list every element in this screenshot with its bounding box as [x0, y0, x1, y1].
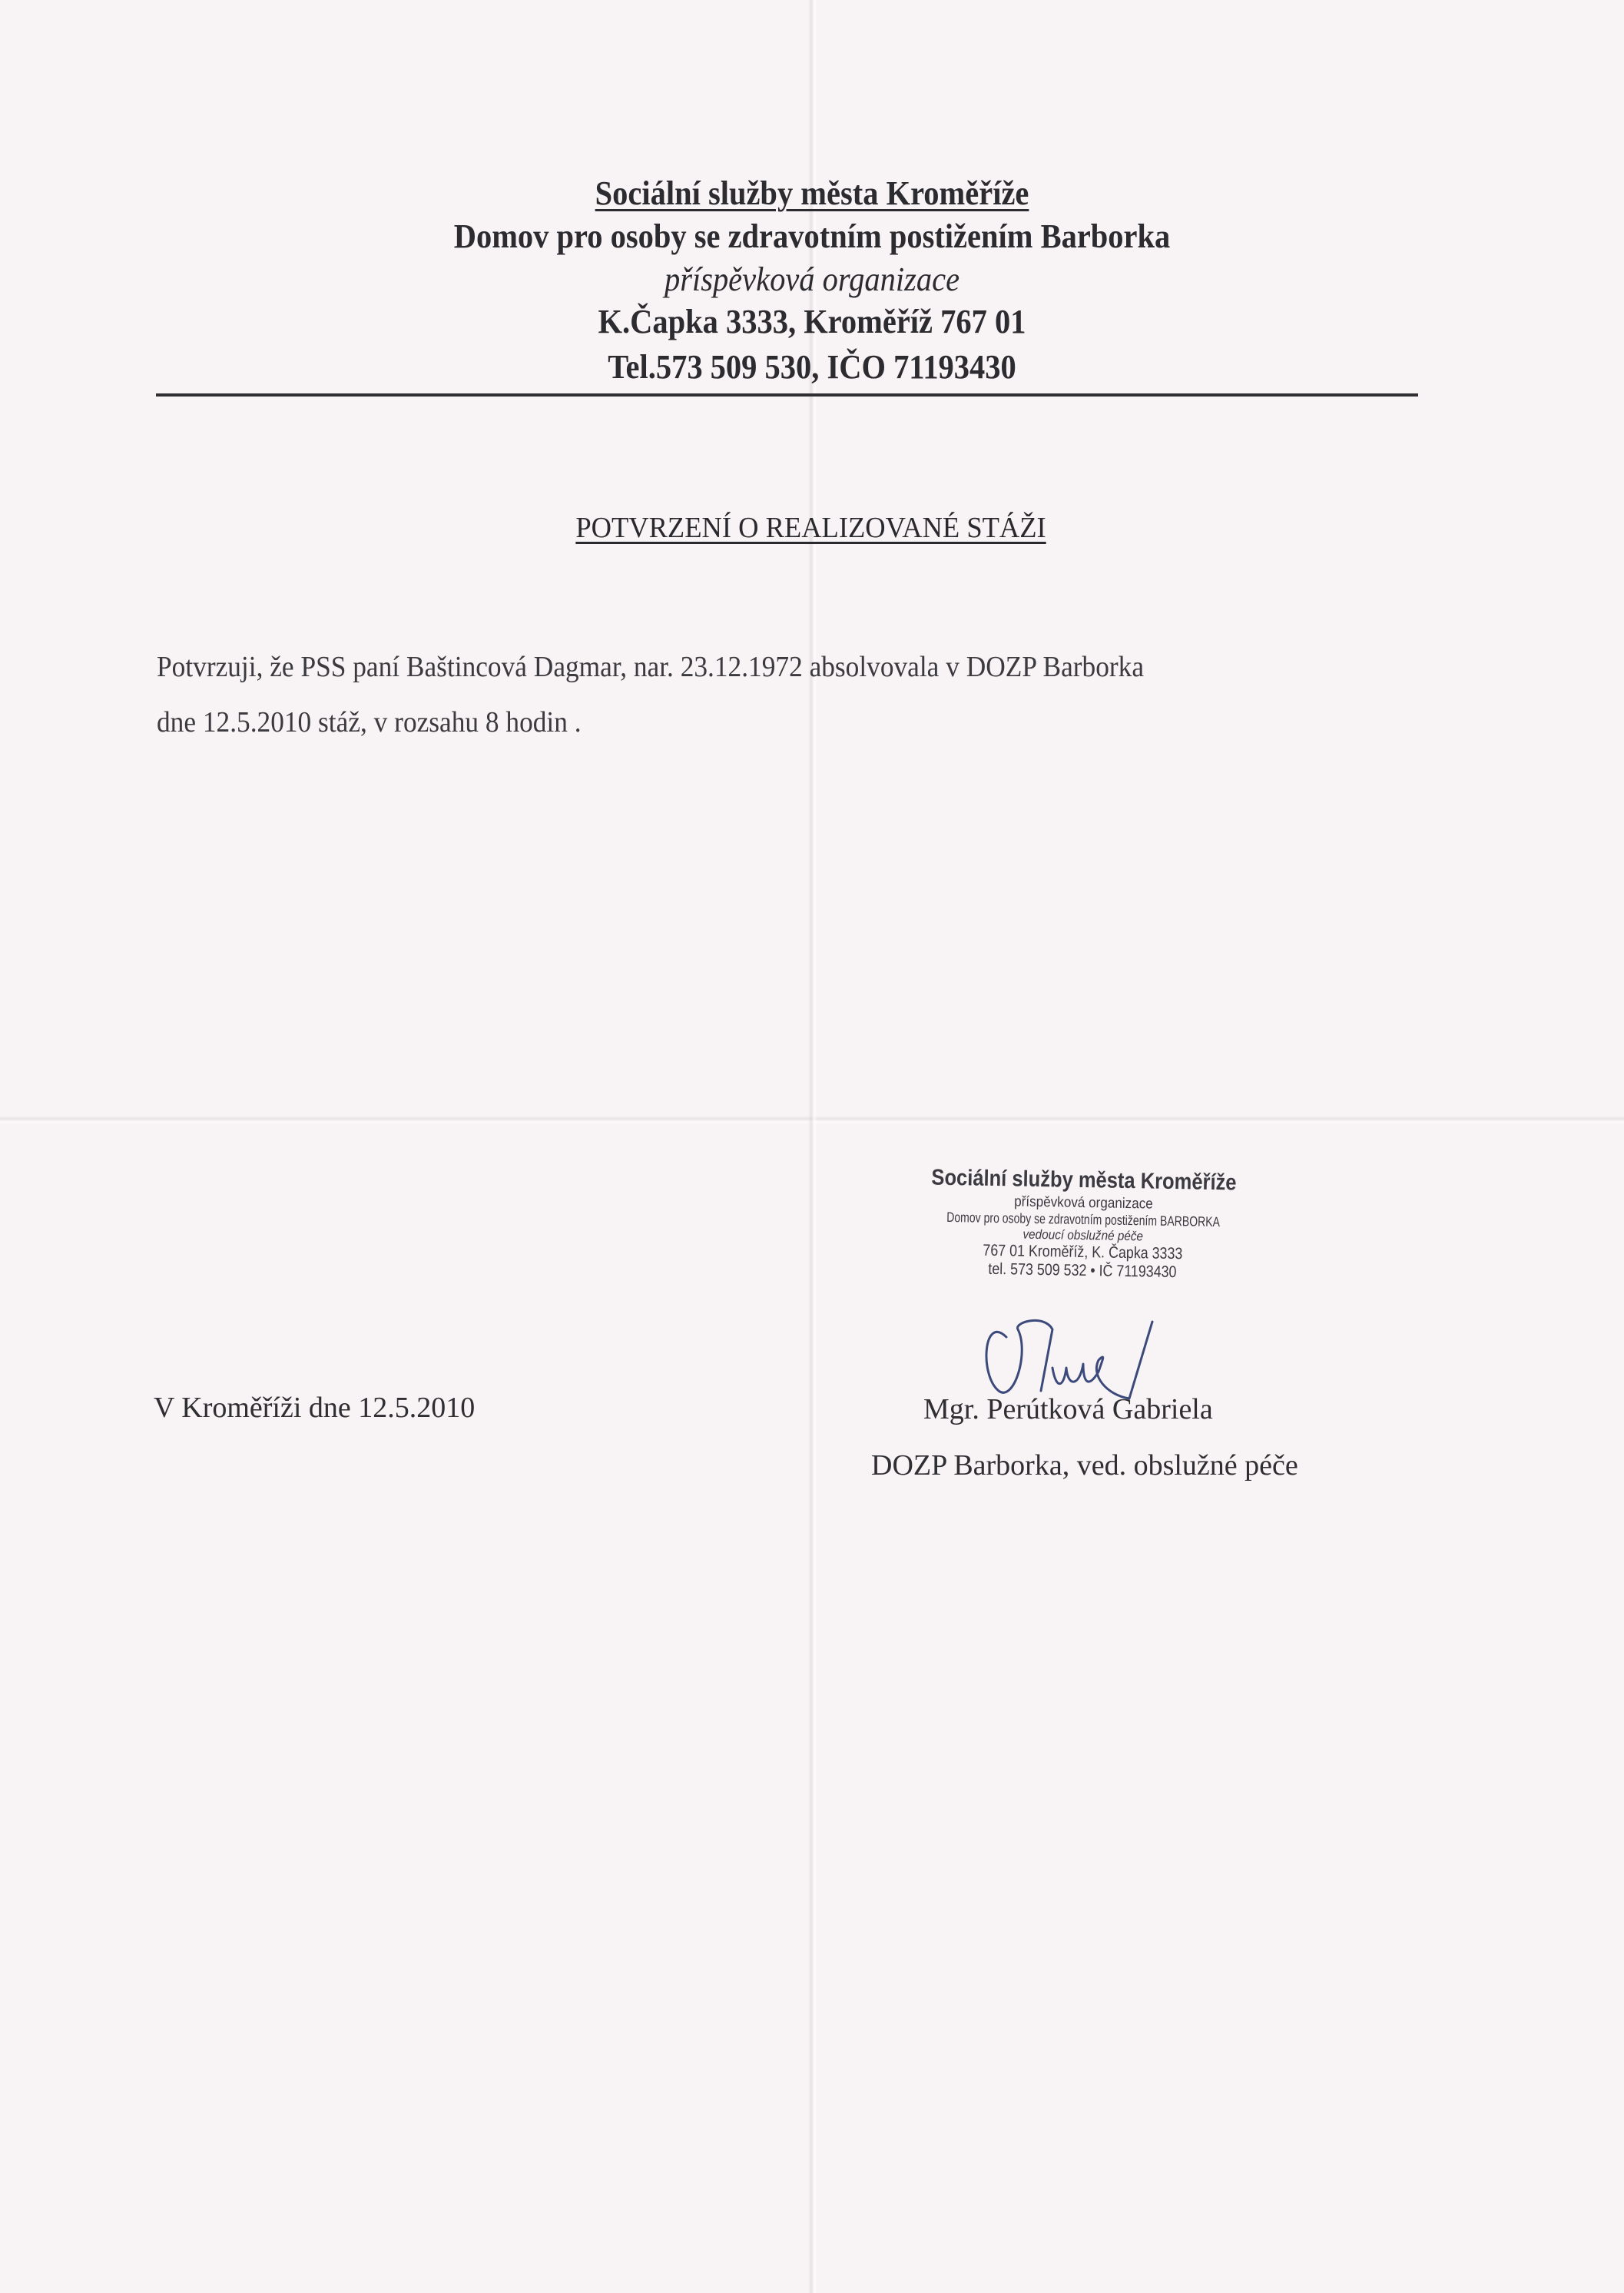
confirmation-text-line1: Potvrzuji, že PSS paní Baštincová Dagmar… — [157, 650, 1144, 684]
place-and-date: V Kroměříži dne 12.5.2010 — [154, 1391, 475, 1425]
signer-name: Mgr. Perútková Gabriela — [923, 1392, 1213, 1426]
signer-role: DOZP Barborka, ved. obslužné péče — [871, 1448, 1298, 1482]
letterhead-contact: Tel.573 509 530, IČO 71193430 — [65, 347, 1559, 387]
paper-background — [0, 0, 1624, 2293]
letterhead-divider — [156, 393, 1418, 397]
letterhead-organization: Sociální služby města Kroměříže — [65, 174, 1559, 213]
official-stamp: Sociální služby města Kroměříže příspěvk… — [883, 1164, 1284, 1283]
letterhead-type: příspěvková organizace — [65, 260, 1559, 299]
letterhead-facility: Domov pro osoby se zdravotním postižením… — [65, 217, 1559, 256]
stamp-organization: Sociální služby města Kroměříže — [908, 1165, 1260, 1196]
handwritten-signature — [976, 1306, 1175, 1406]
letterhead-address: K.Čapka 3333, Kroměříž 767 01 — [65, 302, 1559, 341]
confirmation-text-line2: dne 12.5.2010 stáž, v rozsahu 8 hodin . — [157, 705, 582, 739]
document-title: POTVRZENÍ O REALIZOVANÉ STÁŽI — [31, 511, 1590, 545]
